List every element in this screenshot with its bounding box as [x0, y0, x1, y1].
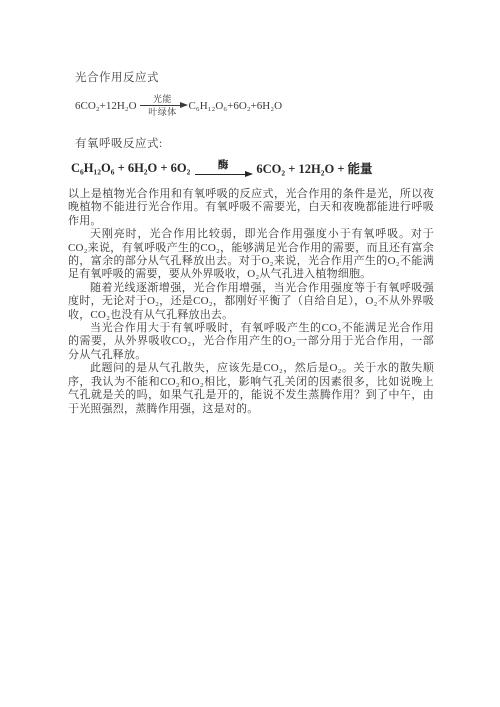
reaction-arrow: 光能 叶绿体 [140, 94, 186, 117]
photosynthesis-title: 光合作用反应式 [75, 72, 434, 85]
condition-above-label: 光能 [151, 94, 174, 104]
body-paragraph: 当光合作用大于有氧呼吸时，有氧呼吸产生的CO₂不能满足光合作用的需要，从外界吸收… [68, 322, 434, 362]
respiration-products: 6CO₂ + 12H₂O + 能量 [256, 159, 372, 177]
body-paragraph: 天刚亮时，光合作用比较弱，即光合作用强度小于有氧呼吸。对于CO₂来说，有氧呼吸产… [68, 228, 434, 282]
photosynthesis-reactants: 6CO₂+12H₂O [75, 100, 137, 112]
condition-below-label: 叶绿体 [146, 107, 179, 117]
body-text: 以上是植物光合作用和有氧呼吸的反应式，光合作用的条件是光，所以夜晚植物不能进行光… [68, 188, 434, 416]
reaction-arrow: 酶 [195, 160, 251, 176]
respiration-reactants: C₆H₁₂O₆ + 6H₂O + 6O₂ [71, 161, 190, 176]
enzyme-condition-label: 酶 [216, 160, 231, 172]
body-paragraph: 此题问的是从气孔散失，应该先是CO₂，然后是O₂。关于水的散失顺序，我认为不能和… [68, 362, 434, 416]
body-paragraph: 随着光线逐渐增强，光合作用增强，当光合作用强度等于有氧呼吸强度时，无论对于O₂，… [68, 282, 434, 322]
respiration-equation: C₆H₁₂O₆ + 6H₂O + 6O₂ 酶 6CO₂ + 12H₂O + 能量 [71, 159, 434, 177]
photosynthesis-equation: 6CO₂+12H₂O 光能 叶绿体 C₆H₁₂O₆+6O₂+6H₂O [75, 94, 434, 117]
aerobic-respiration-label: 有氧呼吸反应式: [75, 138, 434, 151]
document-page: 光合作用反应式 6CO₂+12H₂O 光能 叶绿体 C₆H₁₂O₆+6O₂+6H… [0, 0, 500, 707]
arrow-icon [195, 174, 251, 175]
document-content: 光合作用反应式 6CO₂+12H₂O 光能 叶绿体 C₆H₁₂O₆+6O₂+6H… [0, 0, 500, 416]
arrow-icon [140, 105, 186, 106]
photosynthesis-products: C₆H₁₂O₆+6O₂+6H₂O [189, 100, 282, 112]
body-paragraph: 以上是植物光合作用和有氧呼吸的反应式，光合作用的条件是光，所以夜晚植物不能进行光… [68, 188, 434, 228]
